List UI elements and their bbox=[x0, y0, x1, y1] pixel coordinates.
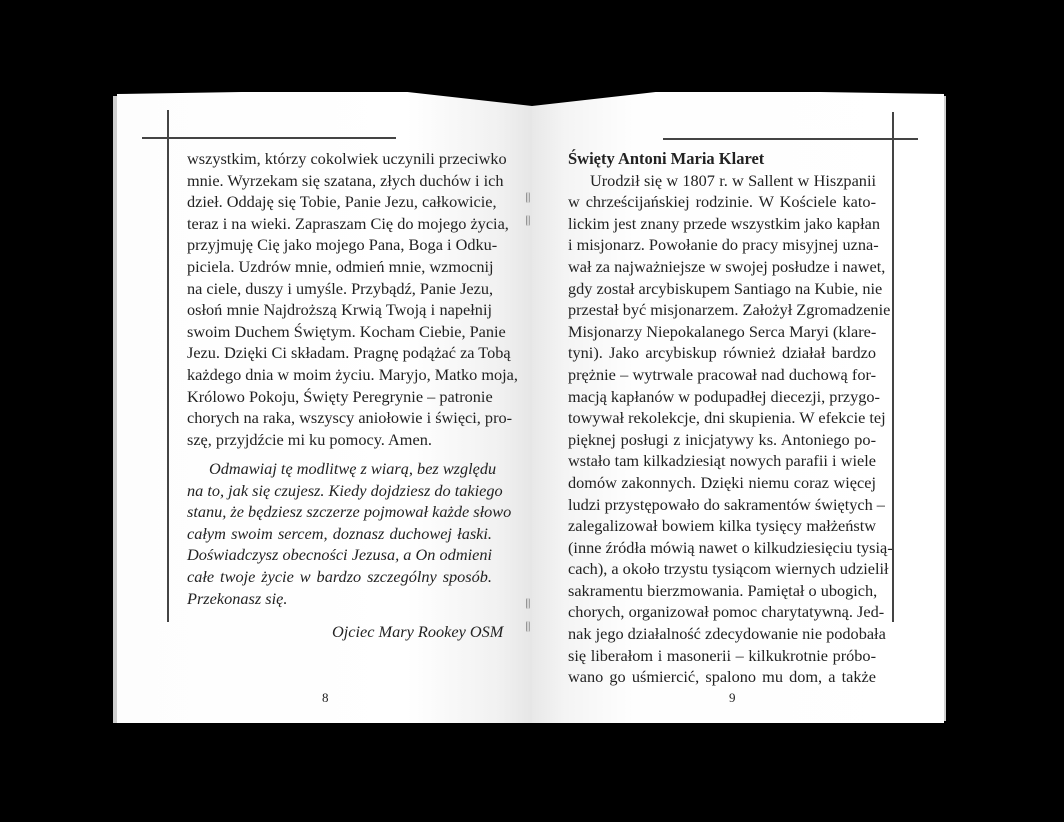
left-horizontal-rule bbox=[142, 137, 396, 139]
signature: Ojciec Mary Rookey OSM bbox=[332, 622, 503, 642]
right-article: Święty Antoni Maria Klaret Urodził się w… bbox=[568, 148, 876, 688]
right-horizontal-rule bbox=[663, 138, 918, 140]
page-number-left: 8 bbox=[322, 690, 329, 706]
text-line: chorych, organizował pomoc charytatywną.… bbox=[568, 601, 876, 623]
open-booklet: wszystkim, którzy cokolwiek uczynili prz… bbox=[0, 0, 1064, 822]
text-line: wstało tam kilkadziesiąt nowych parafii … bbox=[568, 450, 876, 472]
text-line: wano go uśmiercić, spalono mu dom, a tak… bbox=[568, 666, 876, 688]
text-line: tyni). Jako arcybiskup również działał b… bbox=[568, 342, 876, 364]
text-line: i misjonarz. Powołanie do pracy misyjnej… bbox=[568, 234, 876, 256]
text-line: teraz i na wieki. Zapraszam Cię do mojeg… bbox=[187, 213, 492, 235]
text-line: domów zakonnych. Dzięki niemu coraz więc… bbox=[568, 472, 876, 494]
text-line: piciela. Uzdrów mnie, odmień mnie, wzmoc… bbox=[187, 256, 492, 278]
text-line: (inne źródła mówią nawet o kilkudziesięc… bbox=[568, 537, 876, 559]
text-line: dzieł. Oddaję się Tobie, Panie Jezu, cał… bbox=[187, 191, 492, 213]
text-line: całym swoim sercem, doznasz duchowej łas… bbox=[187, 523, 492, 545]
text-line: w chrześcijańskiej rodzinie. W Kościele … bbox=[568, 191, 876, 213]
text-line: wał za najważniejsze w swojej posłudze i… bbox=[568, 256, 876, 278]
staple-top-2 bbox=[526, 215, 530, 226]
text-line: na ciele, duszy i umyśle. Przybądź, Pani… bbox=[187, 278, 492, 300]
text-line: Odmawiaj tę modlitwę z wiarą, bez względ… bbox=[187, 458, 492, 480]
text-line: Urodził się w 1807 r. w Sallent w Hiszpa… bbox=[568, 170, 876, 192]
text-line: szę, przyjdźcie mi ku pomocy. Amen. bbox=[187, 429, 492, 451]
text-line: Misjonarzy Niepokalanego Serca Maryi (kl… bbox=[568, 321, 876, 343]
text-line: każdego dnia w moim życiu. Maryjo, Matko… bbox=[187, 364, 492, 386]
text-line: cach), a około trzystu tysiącom wiernych… bbox=[568, 558, 876, 580]
text-line: zalegalizował bowiem kilka tysięcy małże… bbox=[568, 515, 876, 537]
text-line: chorych na raka, wszyscy aniołowie i świ… bbox=[187, 407, 492, 429]
text-line: macją kapłanów w podupadłej diecezji, pr… bbox=[568, 386, 876, 408]
text-line: przyjmuję Cię jako mojego Pana, Boga i O… bbox=[187, 234, 492, 256]
text-line: przestał być misjonarzem. Założył Zgroma… bbox=[568, 299, 876, 321]
text-line: ludzi przystępowało do sakramentów święt… bbox=[568, 494, 876, 516]
text-line: stanu, że będziesz szczerze pojmował każ… bbox=[187, 501, 492, 523]
text-line: osłoń mnie Najdroższą Krwią Twoją i nape… bbox=[187, 299, 492, 321]
staple-bottom-2 bbox=[526, 621, 530, 632]
article-heading: Święty Antoni Maria Klaret bbox=[568, 148, 876, 170]
text-line: Jezu. Dzięki Ci składam. Pragnę podążać … bbox=[187, 342, 492, 364]
text-line: Doświadczysz obecności Jezusa, a On odmi… bbox=[187, 544, 492, 566]
text-line: Przekonasz się. bbox=[187, 588, 492, 610]
text-line: towywał rekolekcje, dni skupienia. W efe… bbox=[568, 407, 876, 429]
text-line: lickim jest znany przede wszystkim jako … bbox=[568, 213, 876, 235]
left-prayer-paragraph: wszystkim, którzy cokolwiek uczynili prz… bbox=[187, 148, 492, 450]
text-line: prężnie – wytrwale pracował nad duchową … bbox=[568, 364, 876, 386]
left-vertical-rule bbox=[167, 110, 169, 622]
text-line: sakramentu bierzmowania. Pamiętał o ubog… bbox=[568, 580, 876, 602]
staple-bottom-1 bbox=[526, 598, 530, 609]
left-instruction-paragraph: Odmawiaj tę modlitwę z wiarą, bez względ… bbox=[187, 458, 492, 609]
text-line: się liberałom i masonerii – kilkukrotnie… bbox=[568, 645, 876, 667]
text-line: nak jego działalność zdecydowanie nie po… bbox=[568, 623, 876, 645]
staple-top-1 bbox=[526, 192, 530, 203]
text-line: całe twoje życie w bardzo szczególny spo… bbox=[187, 566, 492, 588]
text-line: gdy został arcybiskupem Santiago na Kubi… bbox=[568, 278, 876, 300]
text-line: mnie. Wyrzekam się szatana, złych duchów… bbox=[187, 170, 492, 192]
page-number-right: 9 bbox=[729, 690, 736, 706]
text-line: wszystkim, którzy cokolwiek uczynili prz… bbox=[187, 148, 492, 170]
text-line: Królowo Pokoju, Święty Peregrynie – patr… bbox=[187, 386, 492, 408]
text-line: pięknej posługi z inicjatywy ks. Antonie… bbox=[568, 429, 876, 451]
text-line: na to, jak się czujesz. Kiedy dojdziesz … bbox=[187, 480, 492, 502]
text-line: swoim Duchem Świętym. Kocham Ciebie, Pan… bbox=[187, 321, 492, 343]
